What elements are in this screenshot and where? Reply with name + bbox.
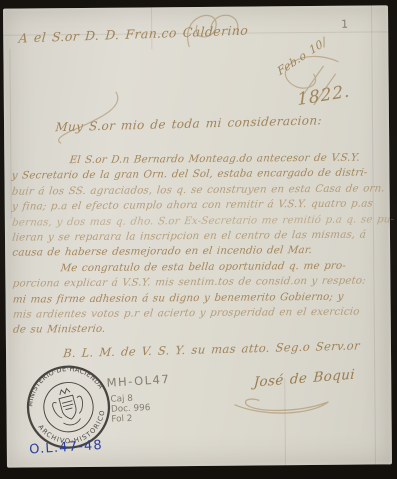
signature: José de Boqui — [253, 367, 355, 391]
closing-line: B. L. M. de V. S. Y. su mas atto. Seg.o … — [63, 338, 361, 360]
page-number: 1 — [341, 18, 348, 31]
letter-body: El S.or D.n Bernardo Monteag.do anteceso… — [12, 151, 386, 339]
letter-paper: A el S.or D. D. Fran.co Calderino 1 Feb.… — [3, 5, 392, 467]
paper-crease — [284, 378, 286, 465]
body-line: de su Ministerio. — [12, 321, 386, 340]
document-photo: A el S.or D. D. Fran.co Calderino 1 Feb.… — [0, 0, 397, 479]
stamp-coat-of-arms — [49, 385, 87, 428]
archive-reference-block: Caj 8 Doc. 996 Fol 2 — [110, 394, 151, 425]
date-line: Feb.o 10/ — [276, 35, 329, 78]
salutation: Muy S.or mio de toda mi consideracion: — [55, 113, 323, 134]
reference-code: MH-OL47 — [106, 372, 170, 390]
stamp-inner-ring — [38, 377, 98, 437]
blue-reference: O.L.47-48 — [29, 438, 104, 457]
folio-reference: Fol 2 — [111, 414, 151, 426]
year: 1822. — [297, 81, 351, 110]
address-line: A el S.or D. D. Fran.co Calderino — [18, 23, 249, 46]
